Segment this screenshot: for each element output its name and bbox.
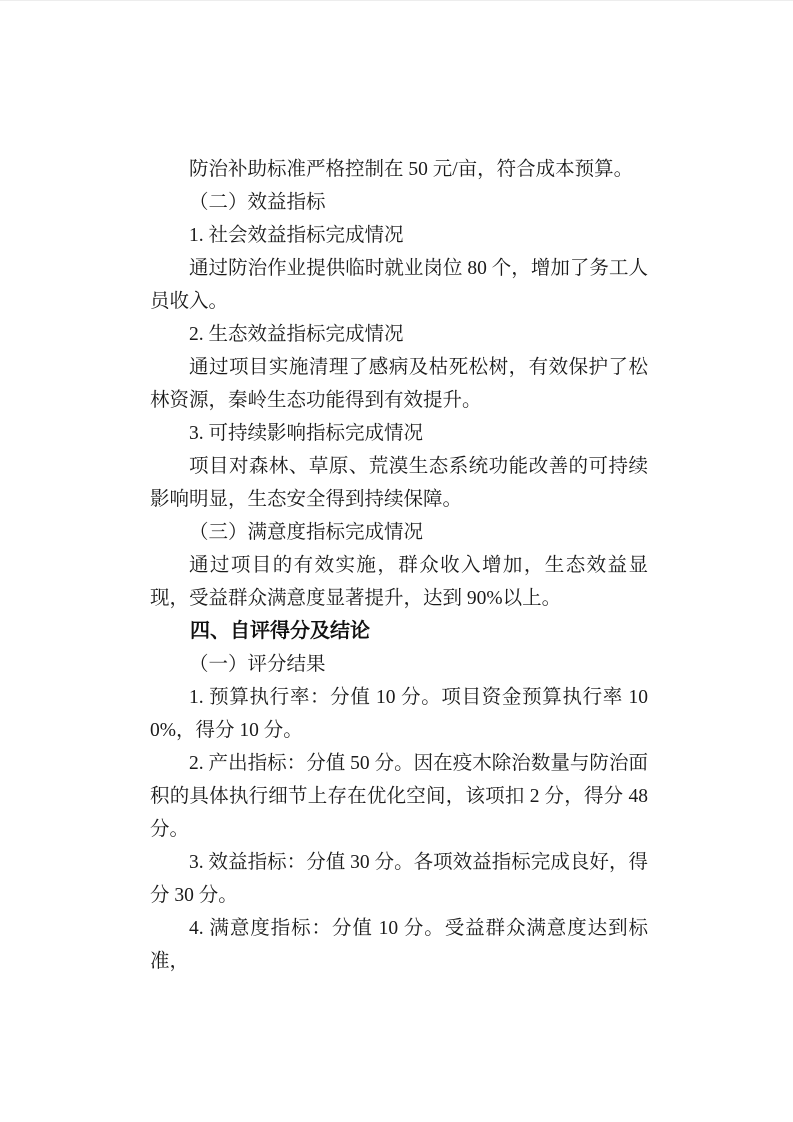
section-heading-self-evaluation: 四、自评得分及结论 [150, 615, 648, 648]
para-score-satisfaction: 4. 满意度指标：分值 10 分。受益群众满意度达到标准， [150, 912, 648, 978]
para-ecological-benefit: 通过项目实施清理了感病及枯死松树，有效保护了松林资源，秦岭生态功能得到有效提升。 [150, 351, 648, 417]
item-title-ecological-benefit: 2. 生态效益指标完成情况 [150, 318, 648, 351]
document-body: 防治补助标准严格控制在 50 元/亩，符合成本预算。 （二）效益指标 1. 社会… [150, 153, 648, 978]
subheading-benefit-indicators: （二）效益指标 [150, 186, 648, 219]
subheading-satisfaction: （三）满意度指标完成情况 [150, 516, 648, 549]
para-score-benefit: 3. 效益指标：分值 30 分。各项效益指标完成良好，得分 30 分。 [150, 846, 648, 912]
para-score-budget-execution: 1. 预算执行率：分值 10 分。项目资金预算执行率 100%，得分 10 分。 [150, 681, 648, 747]
para-score-output: 2. 产出指标：分值 50 分。因在疫木除治数量与防治面积的具体执行细节上存在优… [150, 747, 648, 846]
para-social-benefit: 通过防治作业提供临时就业岗位 80 个，增加了务工人员收入。 [150, 252, 648, 318]
item-title-social-benefit: 1. 社会效益指标完成情况 [150, 219, 648, 252]
para-subsidy-standard: 防治补助标准严格控制在 50 元/亩，符合成本预算。 [150, 153, 648, 186]
para-sustainability: 项目对森林、草原、荒漠生态系统功能改善的可持续影响明显，生态安全得到持续保障。 [150, 450, 648, 516]
subheading-scoring-results: （一）评分结果 [150, 648, 648, 681]
item-title-sustainability: 3. 可持续影响指标完成情况 [150, 417, 648, 450]
document-page: 防治补助标准严格控制在 50 元/亩，符合成本预算。 （二）效益指标 1. 社会… [0, 0, 793, 1122]
para-satisfaction: 通过项目的有效实施，群众收入增加，生态效益显现，受益群众满意度显著提升，达到 9… [150, 549, 648, 615]
